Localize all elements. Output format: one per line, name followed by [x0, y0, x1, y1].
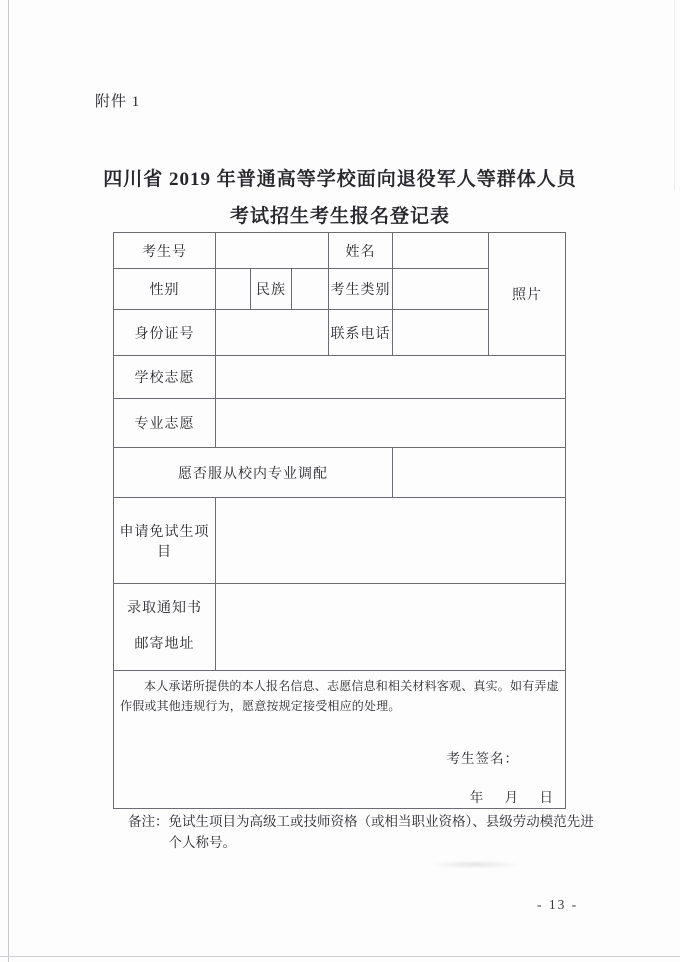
value-mailing-address — [216, 584, 566, 671]
value-exemption-program — [216, 498, 566, 584]
scan-edge-left — [8, 0, 9, 962]
pledge-text: 本人承诺所提供的本人报名信息、志愿信息和相关材料客观、真实。如有弄虚作假或其他违… — [120, 676, 559, 717]
scanned-document-page: 附件 1 四川省 2019 年普通高等学校面向退役军人等群体人员 考试招生考生报… — [0, 0, 680, 962]
photo-cell: 照片 — [489, 233, 566, 356]
label-school-choice: 学校志愿 — [114, 356, 216, 399]
label-mailing-line1: 录取通知书 — [114, 591, 215, 627]
value-id-number — [216, 310, 329, 356]
value-school-choice — [216, 356, 566, 399]
remark-note: 备注：免试生项目为高级工或技师资格（或相当职业资格）、县级劳动模范先进个人称号。 — [128, 812, 605, 854]
label-candidate-type: 考生类别 — [329, 269, 393, 310]
label-phone: 联系电话 — [329, 310, 393, 356]
signature-label: 考生签名： — [447, 751, 520, 766]
document-title-line1: 四川省 2019 年普通高等学校面向退役军人等群体人员 — [0, 164, 680, 191]
page-number: - 13 - — [537, 897, 578, 913]
value-major-adjustment — [393, 448, 566, 498]
registration-table: 考生号 姓名 照片 性别 民族 考生类别 身份证号 联系电话 — [113, 232, 566, 809]
value-phone — [393, 310, 489, 356]
label-exemption-program: 申请免试生项目 — [114, 498, 216, 584]
value-name — [393, 233, 489, 269]
date-month-label: 月 — [505, 790, 519, 805]
label-mailing-address: 录取通知书 邮寄地址 — [114, 584, 216, 671]
label-name: 姓名 — [329, 233, 393, 269]
label-mailing-line2: 邮寄地址 — [114, 627, 215, 663]
value-candidate-no — [216, 233, 329, 269]
scan-edge-bottom — [0, 956, 680, 957]
value-major-choice — [216, 399, 566, 448]
date-line: 年 月 日 — [120, 786, 559, 806]
document-title-line2: 考试招生考生报名登记表 — [0, 201, 680, 228]
label-major-choice: 专业志愿 — [114, 399, 216, 448]
label-gender: 性别 — [114, 269, 216, 310]
scan-smudge — [430, 860, 520, 869]
value-gender — [216, 269, 251, 310]
label-major-adjustment: 愿否服从校内专业调配 — [114, 448, 393, 498]
label-ethnicity: 民族 — [251, 269, 292, 310]
label-id-number: 身份证号 — [114, 310, 216, 356]
value-ethnicity — [292, 269, 329, 310]
label-candidate-no: 考生号 — [114, 233, 216, 269]
pledge-cell: 本人承诺所提供的本人报名信息、志愿信息和相关材料客观、真实。如有弄虚作假或其他违… — [114, 671, 566, 809]
value-candidate-type — [393, 269, 489, 310]
scan-edge-right — [674, 0, 675, 190]
date-year-label: 年 — [470, 790, 484, 805]
attachment-label: 附件 1 — [95, 90, 140, 111]
remark-text: 免试生项目为高级工或技师资格（或相当职业资格）、县级劳动模范先进个人称号。 — [169, 814, 594, 850]
remark-prefix: 备注： — [128, 814, 169, 829]
date-day-label: 日 — [540, 790, 554, 805]
